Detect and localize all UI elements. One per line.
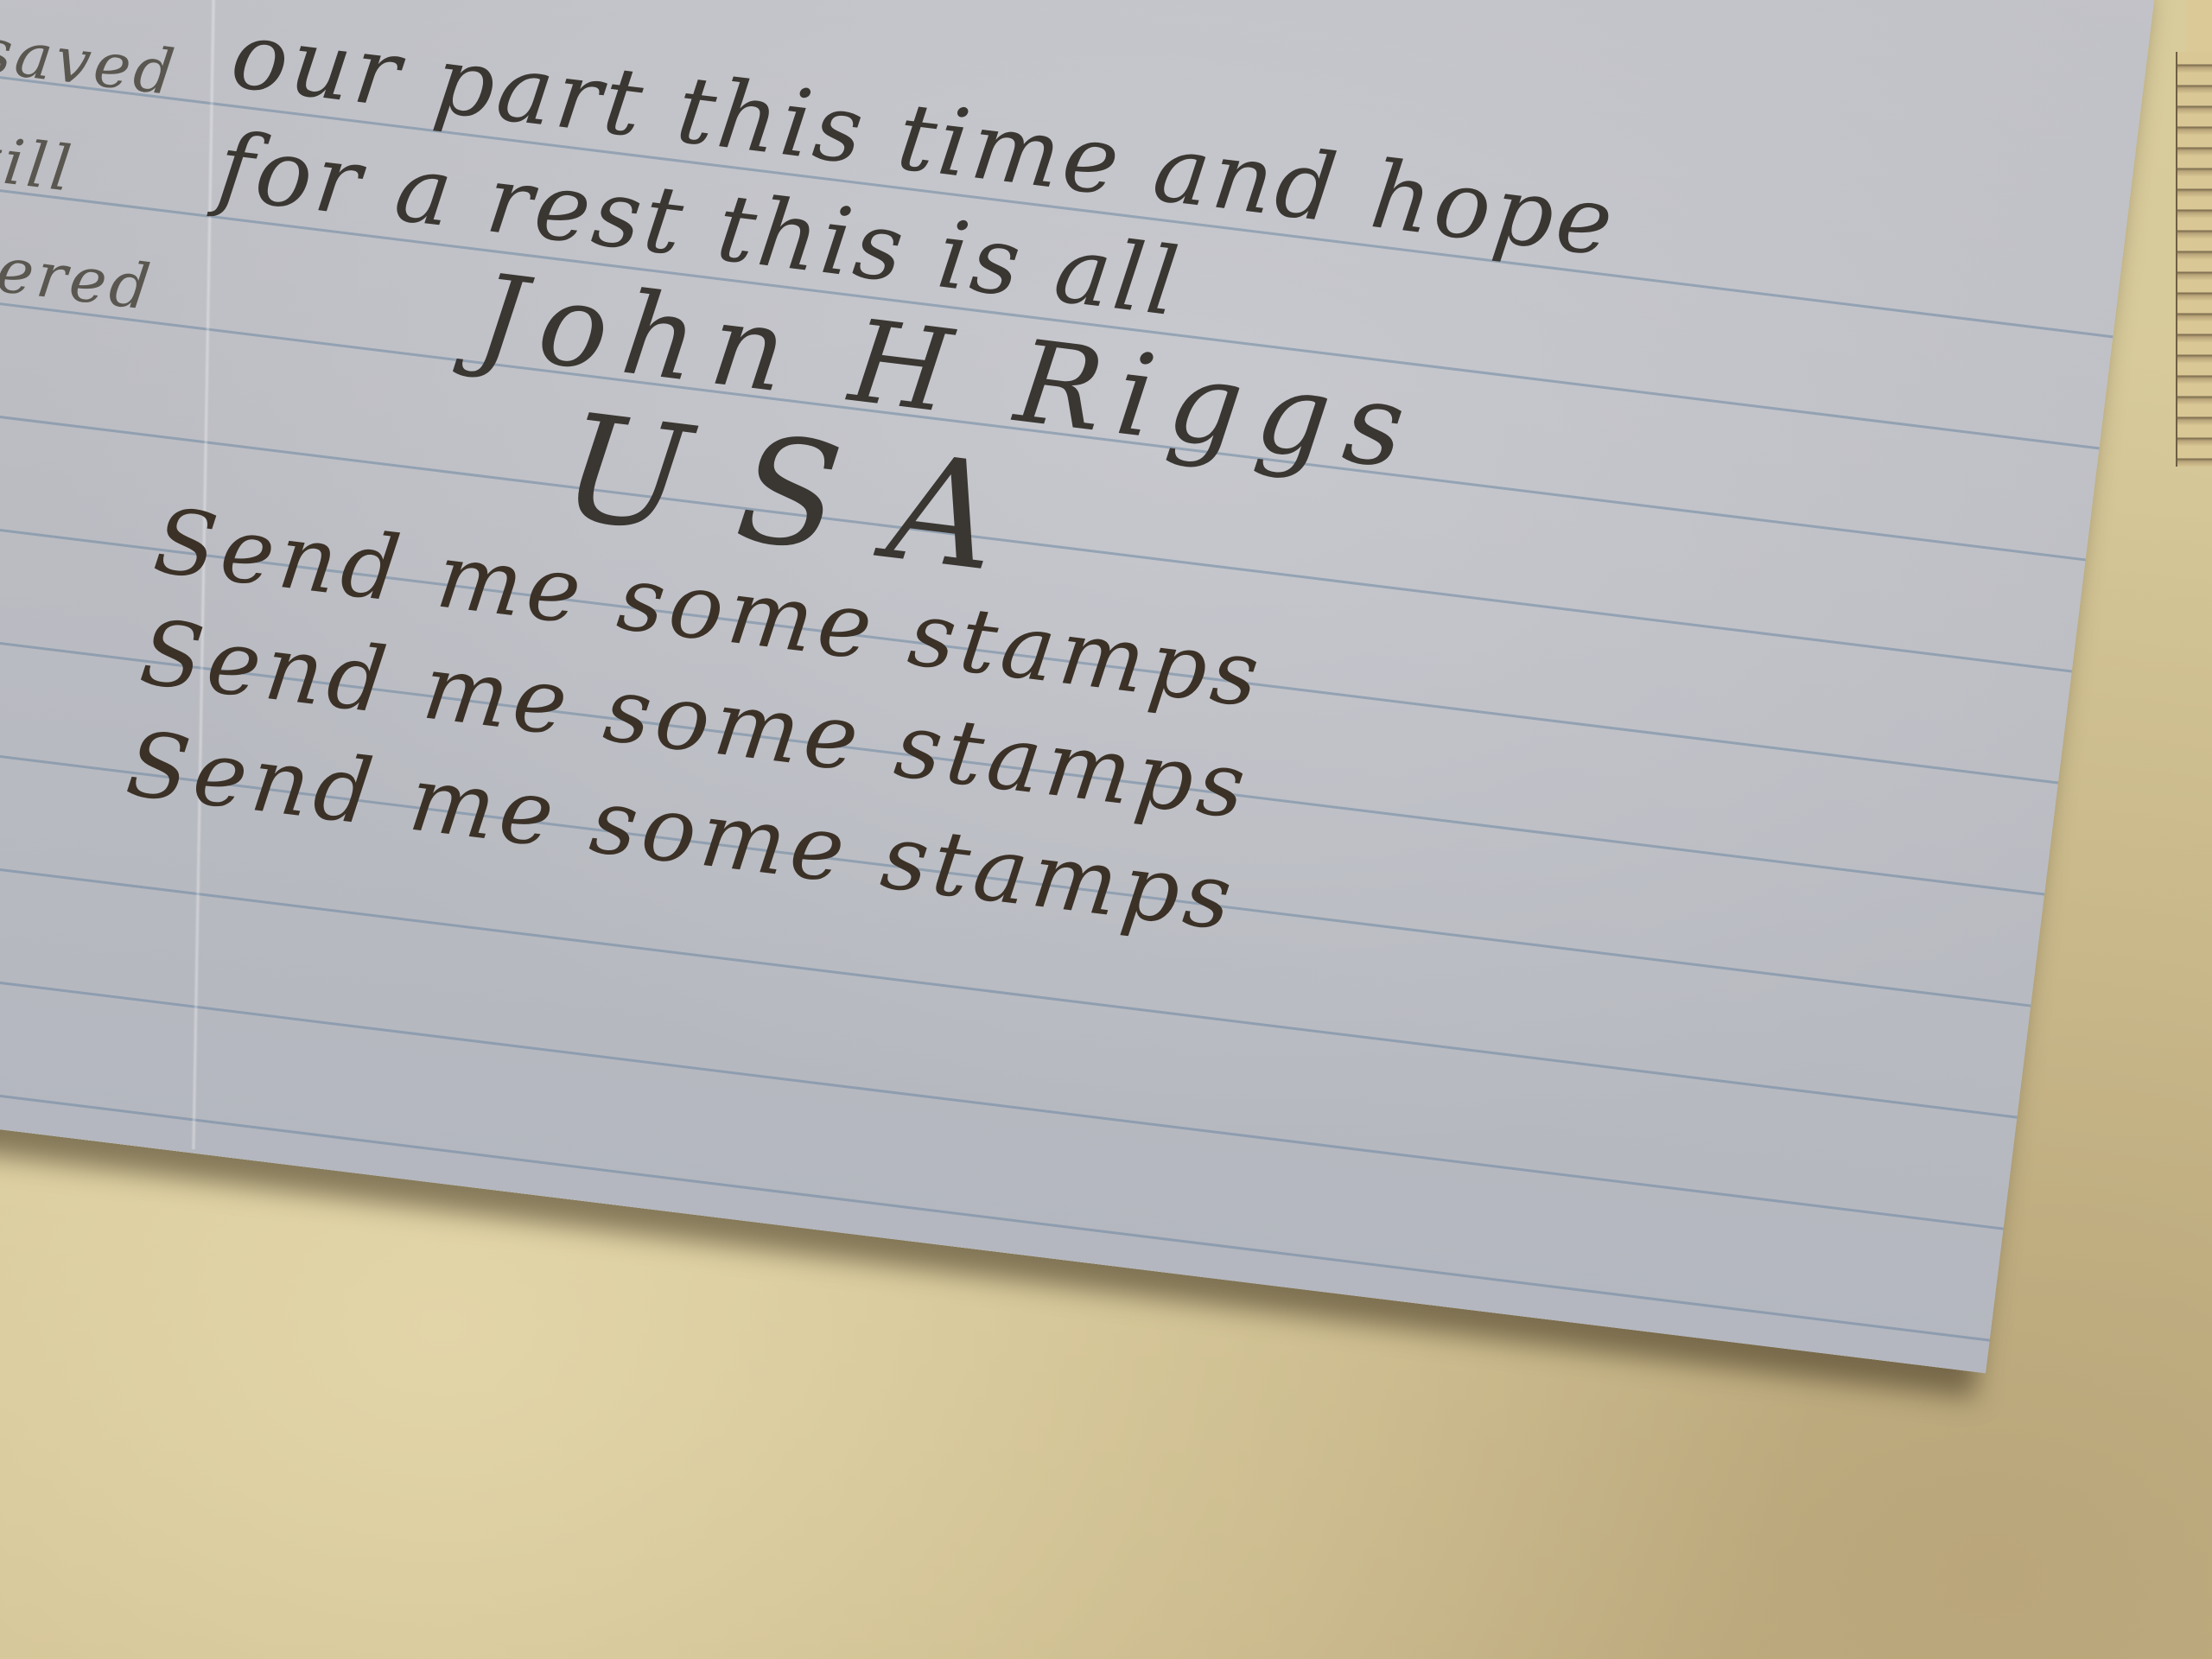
photo-scene: saved till dered r our part this time an… [0, 0, 2212, 1659]
paper-stack-edge [2176, 52, 2212, 467]
margin-fragment: till [0, 122, 78, 206]
letter-sheet: saved till dered r our part this time an… [0, 0, 2160, 1373]
